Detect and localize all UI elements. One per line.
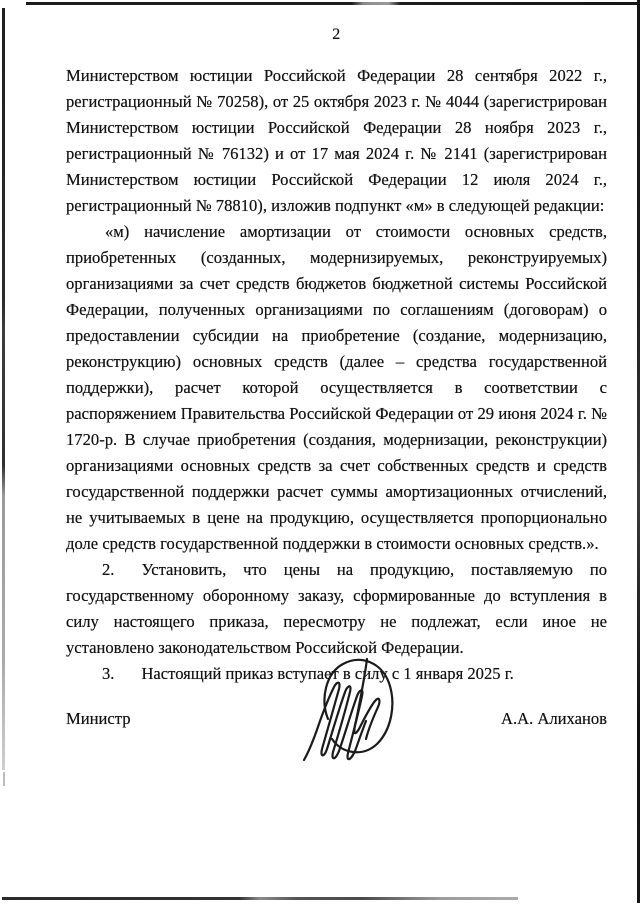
paragraph-continuation: Министерством юстиции Российской Федерац… bbox=[66, 63, 607, 219]
paragraph-item-2-number: 2. bbox=[102, 560, 114, 579]
paragraph-item-2-text: Установить, что цены на продукцию, поста… bbox=[66, 560, 607, 657]
document-page: 2 Министерством юстиции Российской Федер… bbox=[0, 0, 640, 905]
signature-scribble bbox=[298, 657, 398, 767]
signature-name: А.А. Алиханов bbox=[501, 709, 607, 729]
paragraph-item-2: 2.Установить, что цены на продукцию, пос… bbox=[66, 557, 607, 661]
signature-block: Министр А.А. Алиханов bbox=[66, 655, 607, 773]
page-number: 2 bbox=[66, 26, 607, 43]
signature-role: Министр bbox=[66, 709, 131, 729]
paragraph-subclause-m: «м) начисление амортизации от стоимости … bbox=[66, 219, 607, 557]
